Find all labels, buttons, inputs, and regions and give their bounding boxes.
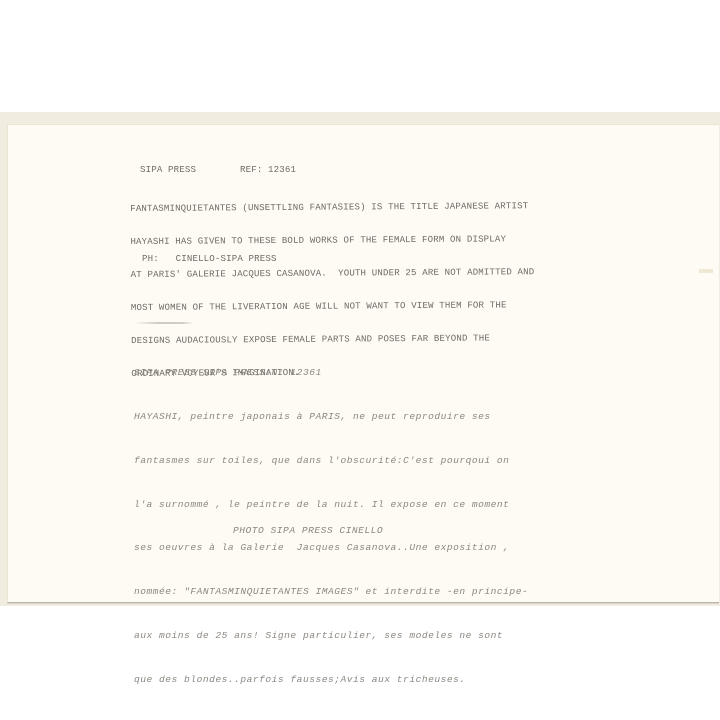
caption-line: MOST WOMEN OF THE LIVERATION AGE WILL NO… <box>131 299 535 313</box>
caption-line: l'a surnommé , le peintre de la nuit. Il… <box>134 499 528 521</box>
caption-line: nommée: "FANTASMINQUIETANTES IMAGES" et … <box>134 586 528 608</box>
caption-line: aux moins de 25 ans! Signe particulier, … <box>134 630 528 652</box>
caption-line: AT PARIS' GALERIE JACQUES CASANOVA. YOUT… <box>131 266 535 280</box>
scanned-document: SIPA PRESS REF: 12361 FANTASMINQUIETANTE… <box>0 0 720 720</box>
caption-line: ses oeuvres à la Galerie Jacques Casanov… <box>134 542 528 564</box>
caption-line: que des blondes..parfois fausses;Avis au… <box>134 674 528 696</box>
agency-name: SIPA PRESS <box>140 164 196 175</box>
french-header: SIPA PRESS SIPA PRESS:N° 12361 <box>134 367 322 378</box>
paper-edge-mark <box>699 269 713 273</box>
caption-line: HAYASHI HAS GIVEN TO THESE BOLD WORKS OF… <box>130 233 534 247</box>
english-photo-credit: PH: CINELLO-SIPA PRESS <box>142 253 277 264</box>
ink-smudge <box>134 322 194 324</box>
caption-line: HAYASHI, peintre japonais à PARIS, ne pe… <box>134 411 528 433</box>
caption-line: fantasmes sur toiles, que dans l'obscuri… <box>134 455 528 477</box>
reference-number: REF: 12361 <box>240 164 296 175</box>
french-caption: HAYASHI, peintre japonais à PARIS, ne pe… <box>134 389 528 718</box>
caption-line: FANTASMINQUIETANTES (UNSETTLING FANTASIE… <box>130 200 534 214</box>
french-photo-credit: PHOTO SIPA PRESS CINELLO <box>233 525 383 536</box>
caption-line: DESIGNS AUDACIOUSLY EXPOSE FEMALE PARTS … <box>131 332 535 346</box>
